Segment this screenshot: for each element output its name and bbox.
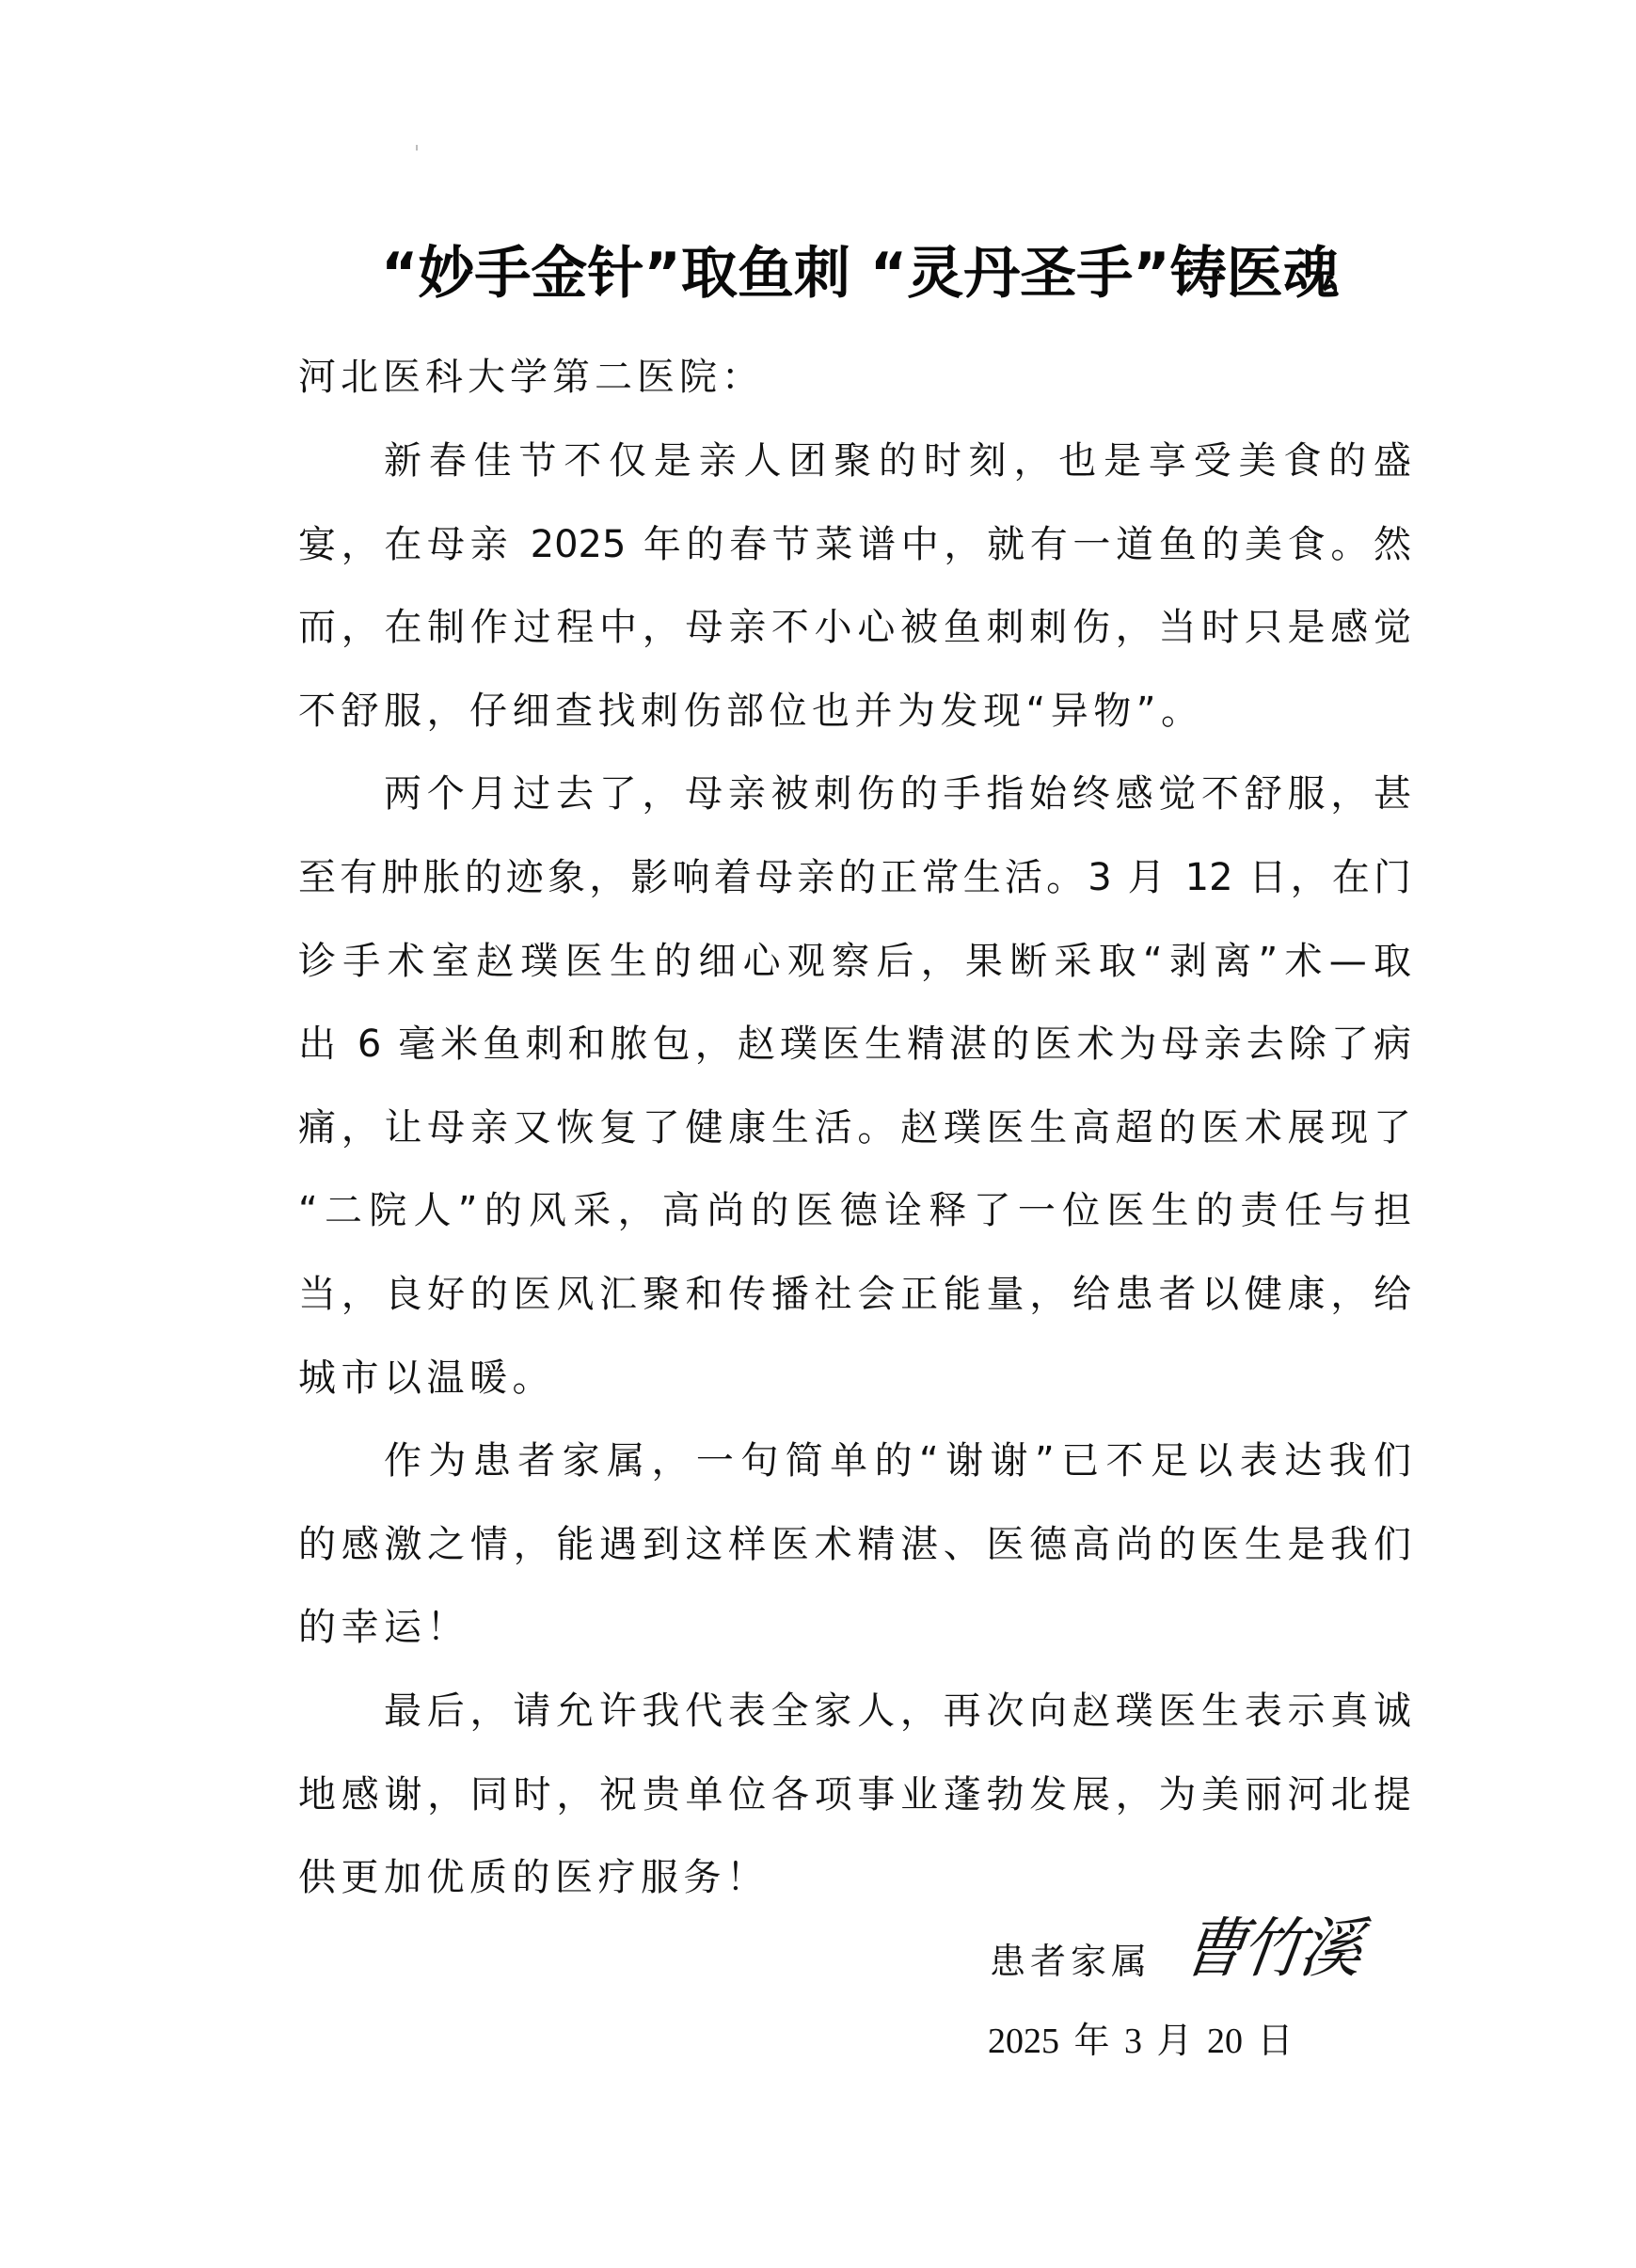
body-line: 城市以温暖。 <box>298 1356 1411 1400</box>
body-line: 新春佳节不仅是亲人团聚的时刻，也是享受美食的盛 <box>384 439 1411 483</box>
body-line: 出 6 毫米鱼刺和脓包，赵璞医生精湛的医术为母亲去除了病 <box>298 1023 1411 1066</box>
body-line: 不舒服，仔细查找刺伤部位也并为发现“异物”。 <box>298 690 1411 733</box>
body-line: 作为患者家属，一句简单的“谢谢”已不足以表达我们 <box>384 1439 1411 1483</box>
signature-label: 患者家属 <box>990 1940 1152 1983</box>
body-line: 而，在制作过程中，母亲不小心被鱼刺刺伤，当时只是感觉 <box>298 606 1411 649</box>
salutation: 河北医科大学第二医院： <box>298 356 764 399</box>
body-line: 宴，在母亲 2025 年的春节菜谱中，就有一道鱼的美食。然 <box>298 523 1411 566</box>
body-line: 的幸运！ <box>298 1606 1411 1649</box>
body-line: 诊手术室赵璞医生的细心观察后，果断采取“剥离”术—取 <box>298 940 1411 983</box>
letter-page: “妙手金针”取鱼刺 “灵丹圣手”铸医魂 河北医科大学第二医院： 新春佳节不仅是亲… <box>0 0 1636 2268</box>
body-line: 供更加优质的医疗服务！ <box>298 1856 1411 1899</box>
body-line: “二院人”的风采，高尚的医德诠释了一位医生的责任与担 <box>298 1189 1411 1232</box>
letter-date: 2025 年 3 月 20 日 <box>988 2019 1294 2064</box>
body-line: 的感激之情，能遇到这样医术精湛、医德高尚的医生是我们 <box>298 1523 1411 1566</box>
body-line: 两个月过去了，母亲被刺伤的手指始终感觉不舒服，甚 <box>384 772 1411 816</box>
body-line: 当，良好的医风汇聚和传播社会正能量，给患者以健康，给 <box>298 1273 1411 1316</box>
body-line: 地感谢，同时，祝贵单位各项事业蓬勃发展，为美丽河北提 <box>298 1773 1411 1816</box>
scan-speck <box>416 145 418 151</box>
body-line: 最后，请允许我代表全家人，再次向赵璞医生表示真诚 <box>384 1689 1411 1733</box>
handwritten-signature: 曹竹溪 <box>1178 1908 1368 1990</box>
letter-title: “妙手金针”取鱼刺 “灵丹圣手”铸医魂 <box>381 241 1326 307</box>
body-line: 痛，让母亲又恢复了健康生活。赵璞医生高超的医术展现了 <box>298 1106 1411 1150</box>
body-line: 至有肿胀的迹象，影响着母亲的正常生活。3 月 12 日，在门 <box>298 856 1411 899</box>
